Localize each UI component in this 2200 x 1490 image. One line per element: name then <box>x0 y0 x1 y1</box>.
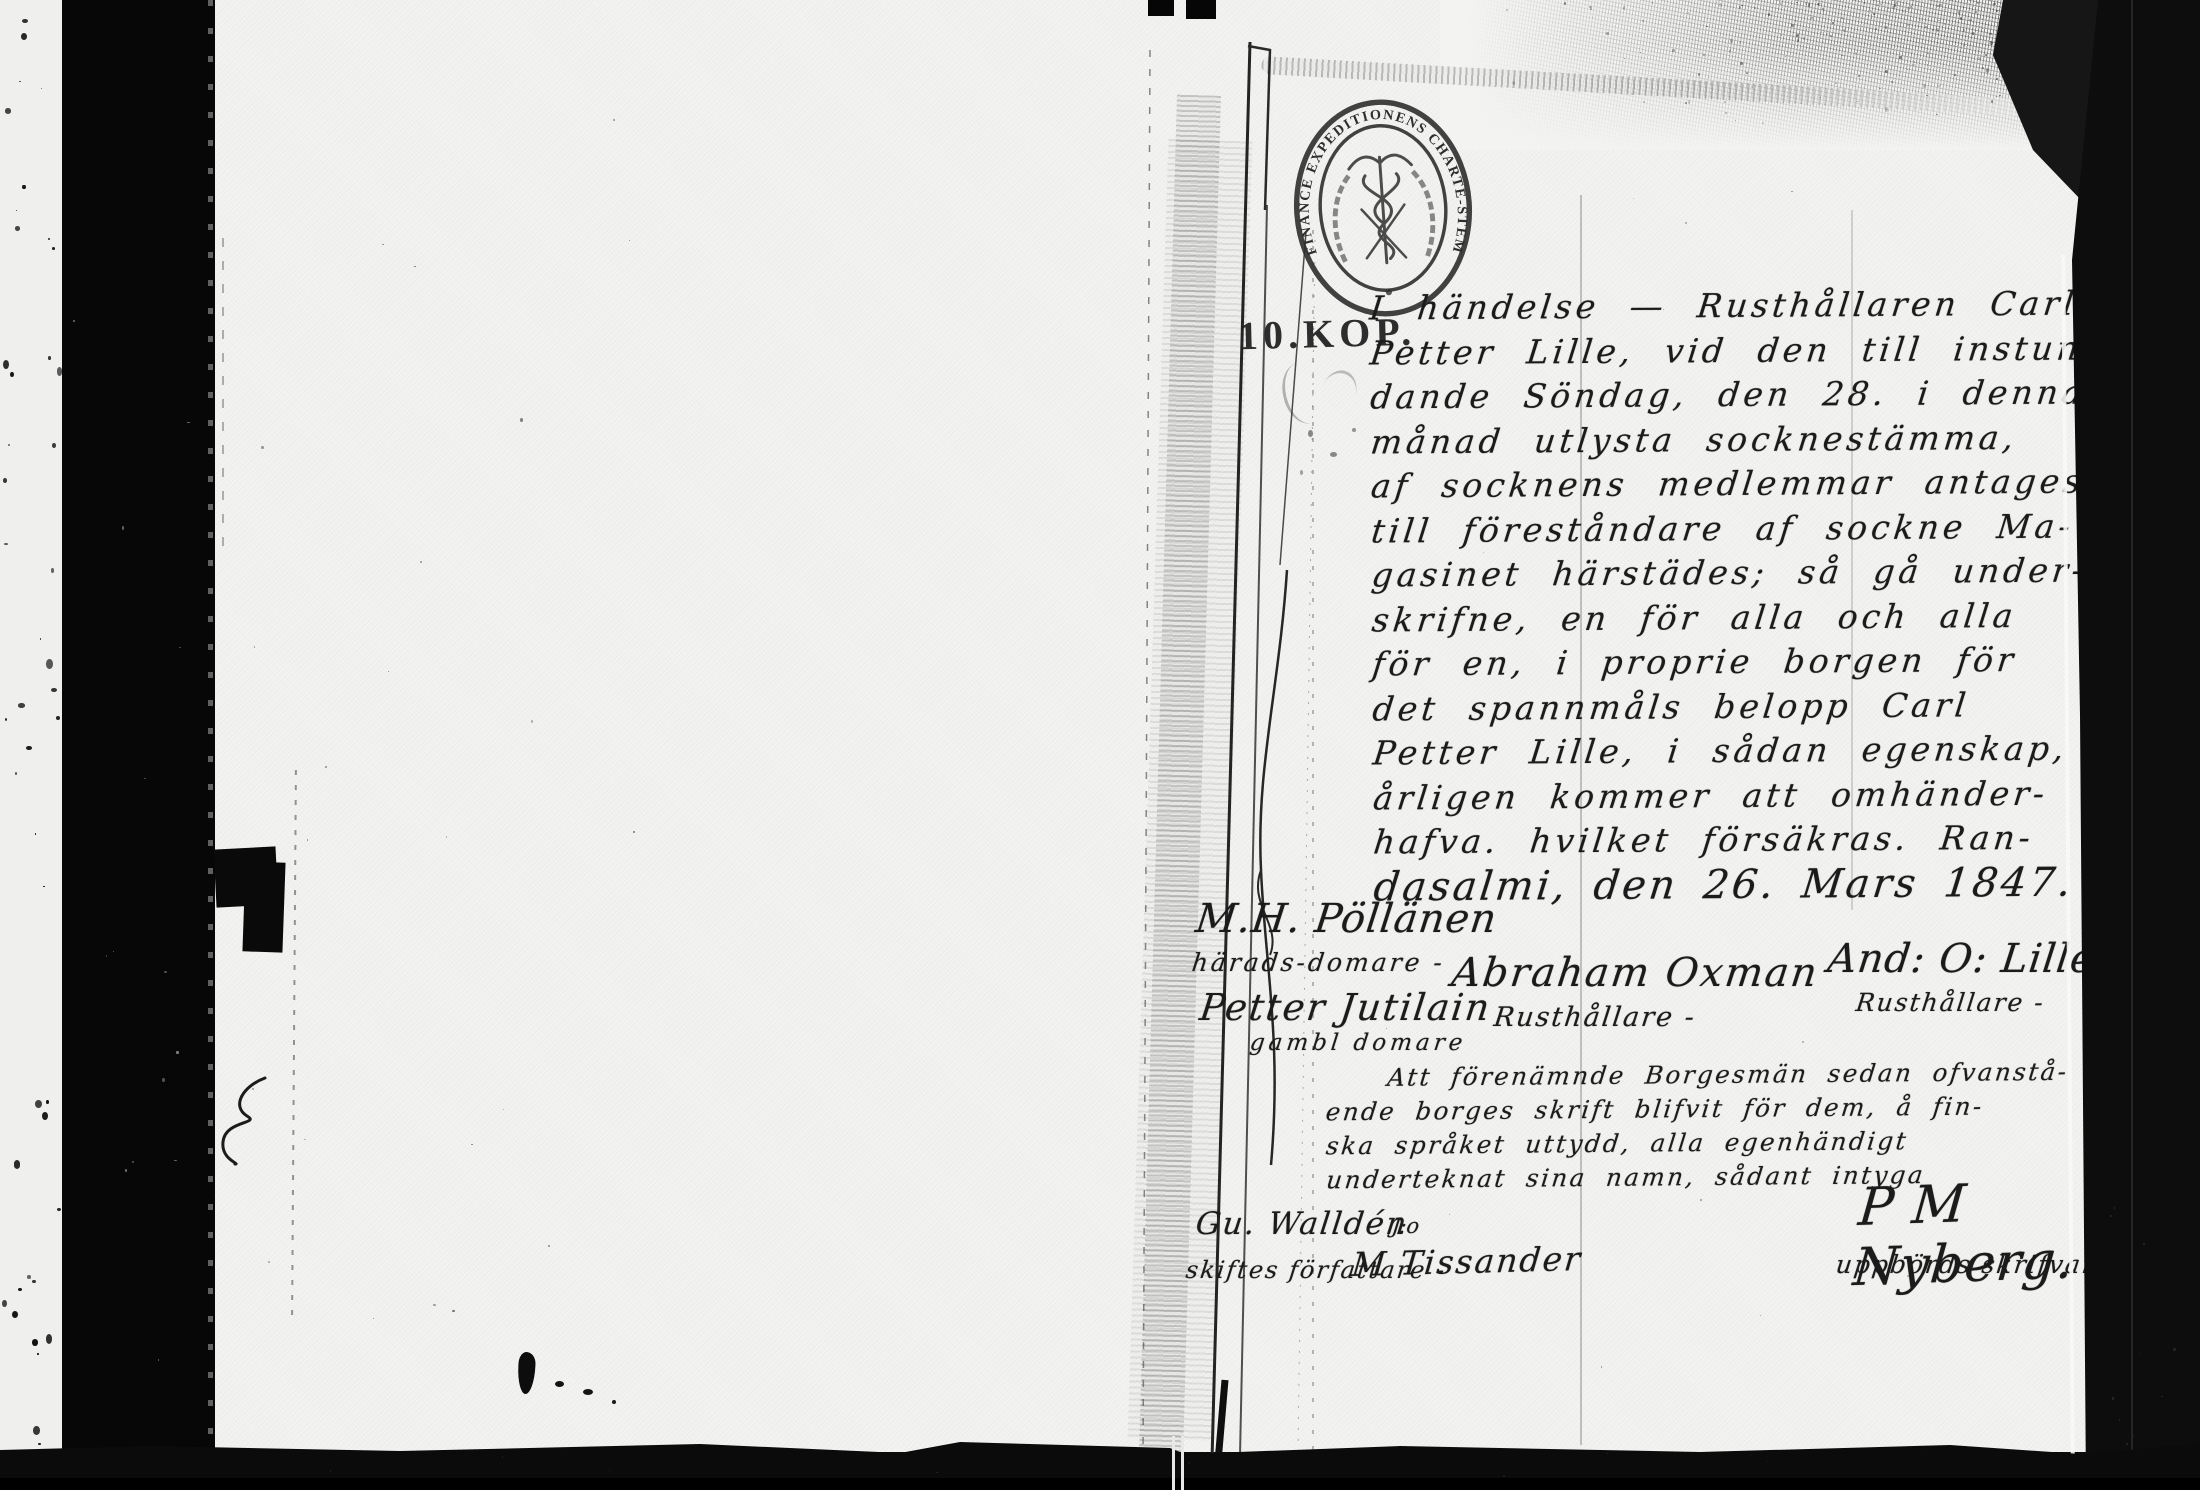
film-grain-speck <box>1914 61 1915 62</box>
film-scratch-line <box>2131 0 2133 1490</box>
manuscript-text: I händelse — Rusthållaren Carl Petter Li… <box>1370 281 2094 909</box>
manuscript-line: Petter Lille, vid den till instun- <box>1370 326 2090 376</box>
film-grain-speck <box>57 1208 61 1211</box>
film-grain-speck <box>3 360 9 369</box>
archival-photo-frame: FINANCE EXPEDITIONENS CHARTE-STEMPEL 10.… <box>0 0 2200 1490</box>
manuscript-line: årligen kommer att omhänder- <box>1373 771 2093 821</box>
manuscript-line: af socknens medlemmar antages <box>1371 459 2091 509</box>
film-grain-speck <box>261 446 263 449</box>
film-grain-speck <box>48 238 50 240</box>
film-grain-speck <box>1708 77 1709 78</box>
film-grain-speck <box>1926 95 1928 96</box>
ghost-stamp-dot <box>1352 428 1356 432</box>
film-grain-speck <box>2018 6 2021 11</box>
manuscript-line: för en, i proprie borgen för <box>1372 637 2092 687</box>
film-grain-speck <box>1888 8 1889 9</box>
left-page-hairline <box>222 238 224 548</box>
film-grain-speck <box>2029 2 2032 5</box>
signature-jutilain-name: Petter Jutilain <box>1200 986 1491 1029</box>
film-grain-speck <box>2047 74 2049 76</box>
manuscript-line: dande Söndag, den 28. i denna <box>1370 370 2090 420</box>
film-grain-speck <box>1944 23 1946 25</box>
film-grain-speck <box>2011 83 2013 85</box>
film-grain-speck <box>1937 85 1940 87</box>
manuscript-line: till föreståndare af sockne Ma- <box>1371 504 2091 554</box>
manuscript-line: det spannmåls belopp Carl <box>1373 682 2093 732</box>
manuscript-line: skrifne, en för alla och alla <box>1372 593 2092 643</box>
film-grain-speck <box>531 720 533 723</box>
film-grain-speck <box>1811 17 1813 19</box>
signature-oxman-name: Abraham Oxman <box>1452 950 1819 996</box>
manuscript-line: gasinet härstädes; så gå under- <box>1372 548 2092 598</box>
film-grain-speck <box>613 119 615 121</box>
film-grain-speck <box>633 831 635 833</box>
film-grain-speck <box>1858 75 1860 77</box>
film-edge-strip <box>0 0 62 1458</box>
left-band-speckle-edge <box>208 0 213 1445</box>
film-grain-speck <box>1993 3 1995 6</box>
film-grain-speck <box>1703 54 1705 56</box>
film-grain-speck <box>1843 29 1846 31</box>
ink-dot <box>583 1389 593 1395</box>
film-grain-speck <box>1960 17 1963 20</box>
film-grain-speck <box>1791 24 1794 27</box>
film-grain-speck <box>2050 99 2052 101</box>
film-grain-speck <box>2140 1353 2142 1354</box>
film-grain-speck <box>1672 49 1675 52</box>
film-grain-speck <box>252 1088 254 1090</box>
spine-string <box>1181 1436 1184 1490</box>
film-grain-speck <box>1797 39 1799 42</box>
film-grain-speck <box>1823 10 1825 12</box>
film-grain-speck <box>1912 64 1914 66</box>
film-grain-speck <box>1873 13 1875 15</box>
film-grain-speck <box>936 1472 938 1473</box>
spine-string <box>1172 1436 1175 1490</box>
film-grain-speck <box>1698 73 1701 76</box>
seal-ring-text: FINANCE EXPEDITIONENS CHARTE-STEMPEL <box>1277 83 1473 268</box>
film-grain-speck <box>1996 78 1998 80</box>
film-grain-speck <box>1948 6 1949 7</box>
signature-lille-title: Rusthållare - <box>1856 988 2045 1017</box>
film-grain-speck <box>1902 10 1905 13</box>
film-grain-speck <box>2036 78 2039 80</box>
film-grain-speck <box>1590 8 1592 10</box>
film-grain-speck <box>1643 101 1645 103</box>
ghost-stamp-dot <box>1308 430 1313 437</box>
film-grain-speck <box>1642 20 1644 22</box>
film-grain-speck <box>1631 93 1633 95</box>
film-grain-speck <box>1876 4 1878 6</box>
film-grain-speck <box>2024 8 2026 10</box>
archive-tab-mark <box>1186 0 1216 19</box>
film-grain-speck <box>1954 74 1956 75</box>
film-grain-speck <box>1972 32 1974 35</box>
film-grain-speck <box>2050 50 2052 52</box>
caduceus-icon <box>1348 154 1418 265</box>
signature-pollanen-name: M.H. Pöllänen <box>1196 896 1497 942</box>
signature-wallden-name: Gu. Walldén <box>1196 1206 1408 1242</box>
film-grain-speck <box>144 778 146 779</box>
film-grain-speck <box>1907 7 1910 10</box>
film-grain-speck <box>56 716 60 720</box>
film-grain-speck <box>1805 2 1807 5</box>
film-grain-speck <box>1719 3 1722 7</box>
film-grain-speck <box>502 1456 504 1458</box>
ink-dot <box>555 1381 564 1387</box>
film-grain-speck <box>1885 26 1887 29</box>
archive-tab-mark <box>1148 0 1174 16</box>
film-grain-speck <box>1991 100 1993 103</box>
bottom-film-strip <box>0 1478 2200 1490</box>
film-grain-speck <box>27 1275 31 1278</box>
film-grain-speck <box>1739 41 1741 44</box>
film-grain-speck <box>1975 11 1977 13</box>
film-grain-speck <box>1464 579 1466 581</box>
film-grain-speck <box>1841 17 1843 19</box>
film-grain-speck <box>176 1051 178 1055</box>
signature-pollanen-title: härads-domare - <box>1192 948 1445 977</box>
film-grain-speck <box>1978 57 1981 60</box>
film-grain-speck <box>1944 9 1946 10</box>
film-grain-speck <box>14 1160 21 1168</box>
film-grain-speck <box>1826 33 1829 36</box>
film-grain-speck <box>1885 107 1888 111</box>
manuscript-line: Petter Lille, i sådan egenskap, <box>1373 726 2093 776</box>
film-grain-speck <box>37 1353 39 1355</box>
film-grain-speck <box>1188 1462 1190 1464</box>
attestation-line: ende borges skrift blifvit för dem, å fi… <box>1326 1089 2096 1130</box>
film-grain-speck <box>1832 22 1833 24</box>
film-grain-speck <box>1932 29 1934 30</box>
film-grain-speck <box>1569 960 1570 961</box>
ink-dot <box>612 1400 616 1404</box>
film-grain-speck <box>38 1443 41 1445</box>
film-grain-speck <box>5 108 12 114</box>
film-grain-speck <box>520 418 523 422</box>
film-grain-speck <box>1958 11 1960 13</box>
film-grain-speck <box>1688 100 1690 104</box>
film-grain-speck <box>1880 3 1882 4</box>
film-grain-speck <box>382 244 384 246</box>
film-grain-speck <box>46 659 52 669</box>
film-grain-speck <box>1855 52 1857 55</box>
film-grain-speck <box>1885 14 1886 15</box>
film-grain-speck <box>2173 1348 2176 1350</box>
film-grain-speck <box>35 833 36 834</box>
manuscript-line: hafva. hvilket försäkras. Ran- <box>1374 815 2094 865</box>
film-grain-speck <box>268 1261 269 1263</box>
film-grain-speck <box>32 1280 36 1284</box>
film-grain-speck <box>452 1310 455 1312</box>
film-grain-speck <box>43 886 44 887</box>
film-grain-speck <box>420 561 422 562</box>
film-grain-speck <box>2034 64 2036 66</box>
film-grain-speck <box>1910 5 1912 8</box>
film-grain-speck <box>1977 2 1979 4</box>
manuscript-line: I händelse — Rusthållaren Carl <box>1370 281 2090 331</box>
signature-lille-name: And: O: Lille <box>1828 936 2095 982</box>
film-grain-speck <box>1985 54 1987 57</box>
ghost-stamp-dot <box>1300 470 1303 475</box>
film-grain-speck <box>2112 1397 2114 1400</box>
film-grain-speck <box>1503 1475 1505 1477</box>
film-grain-speck <box>1386 1028 1388 1029</box>
film-grain-speck <box>1751 86 1753 88</box>
left-page-ink-wedge <box>242 861 285 952</box>
signature-tissander-superscript: J:o <box>1392 1214 1419 1238</box>
signature-oxman-title: Rusthållare - <box>1494 1002 1696 1033</box>
film-grain-speck <box>1615 975 1617 977</box>
signature-tissander-name: M Tissander <box>1352 1239 1583 1284</box>
film-grain-speck <box>18 703 25 707</box>
film-grain-speck <box>48 356 51 360</box>
stray-thread-squiggle <box>213 1068 283 1168</box>
ghost-stamp-dot <box>1330 452 1337 457</box>
film-grain-speck <box>1685 222 1687 223</box>
film-grain-speck <box>15 226 20 231</box>
film-grain-speck <box>2161 1396 2163 1397</box>
film-grain-speck <box>1936 114 1937 115</box>
film-grain-speck <box>609 1469 610 1471</box>
film-grain-speck <box>1987 15 1989 16</box>
film-grain-speck <box>1990 41 1993 45</box>
film-grain-speck <box>1685 102 1686 104</box>
film-grain-speck <box>1606 32 1609 36</box>
film-grain-speck <box>1796 2 1797 3</box>
film-grain-speck <box>1923 84 1926 88</box>
film-grain-speck <box>1796 34 1799 38</box>
film-grain-speck <box>57 367 62 375</box>
signature-nyberg-title: uppbörds skrifvare. <box>1836 1250 2123 1279</box>
film-grain-speck <box>1820 97 1821 98</box>
film-grain-speck <box>1706 26 1708 28</box>
film-grain-speck <box>1808 3 1811 7</box>
film-grain-speck <box>1740 62 1743 65</box>
film-grain-speck <box>1725 112 1727 114</box>
film-grain-speck <box>46 1100 48 1104</box>
film-grain-speck <box>2126 1443 2128 1445</box>
film-grain-speck <box>1767 1461 1768 1462</box>
film-grain-speck <box>1803 37 1805 40</box>
film-grain-speck <box>1700 1199 1702 1201</box>
left-black-band <box>62 0 215 1490</box>
film-grain-speck <box>1754 7 1756 9</box>
film-grain-speck <box>2038 39 2041 41</box>
film-grain-speck <box>22 185 25 190</box>
film-grain-speck <box>106 955 107 957</box>
film-grain-speck <box>2037 95 2039 97</box>
signature-jutilain-title: gambl domare <box>1250 1030 1466 1056</box>
manuscript-line: månad utlysta socknestämma, <box>1371 415 2091 465</box>
film-grain-speck <box>33 1426 40 1434</box>
film-grain-speck <box>1937 5 1939 7</box>
film-grain-speck <box>73 320 75 323</box>
